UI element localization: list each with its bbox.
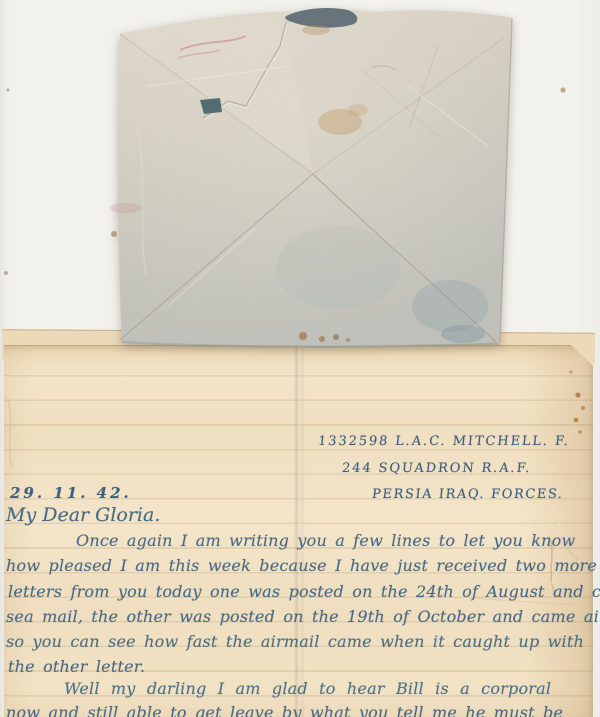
body-line-8: now and still able to get leave by what …: [6, 703, 563, 717]
squadron-line: 244 SQUADRON R.A.F.: [341, 461, 532, 476]
body-line-6: the other letter.: [8, 657, 145, 676]
body-line-3: letters from you today one was posted on…: [8, 582, 600, 601]
service-number-line: 1332598 L.A.C. MITCHELL. F.: [317, 434, 570, 449]
scan-photo: 1332598 L.A.C. MITCHELL. F. 244 SQUADRON…: [0, 0, 600, 717]
body-line-4: sea mail, the other was posted on the 19…: [6, 607, 600, 626]
forces-line: PERSIA IRAQ. FORCES.: [371, 487, 564, 502]
body-line-5: so you can see how fast the airmail came…: [6, 632, 584, 651]
envelope-texture: [108, 6, 522, 350]
body-line-2: how pleased I am this week because I hav…: [6, 556, 597, 575]
envelope-back: [108, 6, 522, 350]
salutation-line: My Dear Gloria.: [6, 504, 160, 526]
body-line-7: Well my darling I am glad to hear Bill i…: [64, 679, 551, 698]
date-line: 29. 11. 42.: [10, 484, 132, 502]
body-line-1: Once again I am writing you a few lines …: [76, 531, 575, 550]
